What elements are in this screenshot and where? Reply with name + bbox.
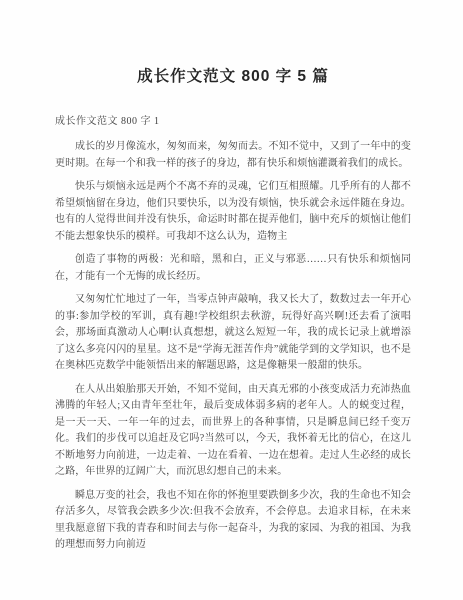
- essay-body: 成长的岁月像流水，匆匆而来，匆匆而去。不知不觉中，又到了一年中的变更时期。在每一…: [55, 139, 411, 554]
- essay-paragraph: 瞬息万变的社会，我也不知在你的怀抱里要跌倒多少次，我的生命也不知会存活多久，尽管…: [55, 488, 411, 554]
- essay-paragraph: 创造了事物的两极：光和暗，黑和白，正义与邪恶……只有快乐和烦恼同在，才能有一个无…: [55, 252, 411, 285]
- section-heading: 成长作文范文 800 字 1: [55, 112, 411, 127]
- page-title: 成长作文范文 800 字 5 篇: [55, 64, 411, 86]
- essay-paragraph: 又匆匆忙忙地过了一年，当零点钟声敲响，我又长大了，数数过去一年开心的事:参加学校…: [55, 292, 411, 375]
- essay-paragraph: 快乐与烦恼永远是两个不离不弃的灵魂，它们互相照耀。几乎所有的人都不希望烦恼留在身…: [55, 179, 411, 245]
- document-page: 成长作文范文 800 字 5 篇 成长作文范文 800 字 1 成长的岁月像流水…: [0, 0, 463, 600]
- essay-paragraph: 在人从出娘胎那天开始，不知不觉间，由天真无邪的小孩变成活力充沛热血沸腾的年轻人;…: [55, 382, 411, 481]
- essay-paragraph: 成长的岁月像流水，匆匆而来，匆匆而去。不知不觉中，又到了一年中的变更时期。在每一…: [55, 139, 411, 172]
